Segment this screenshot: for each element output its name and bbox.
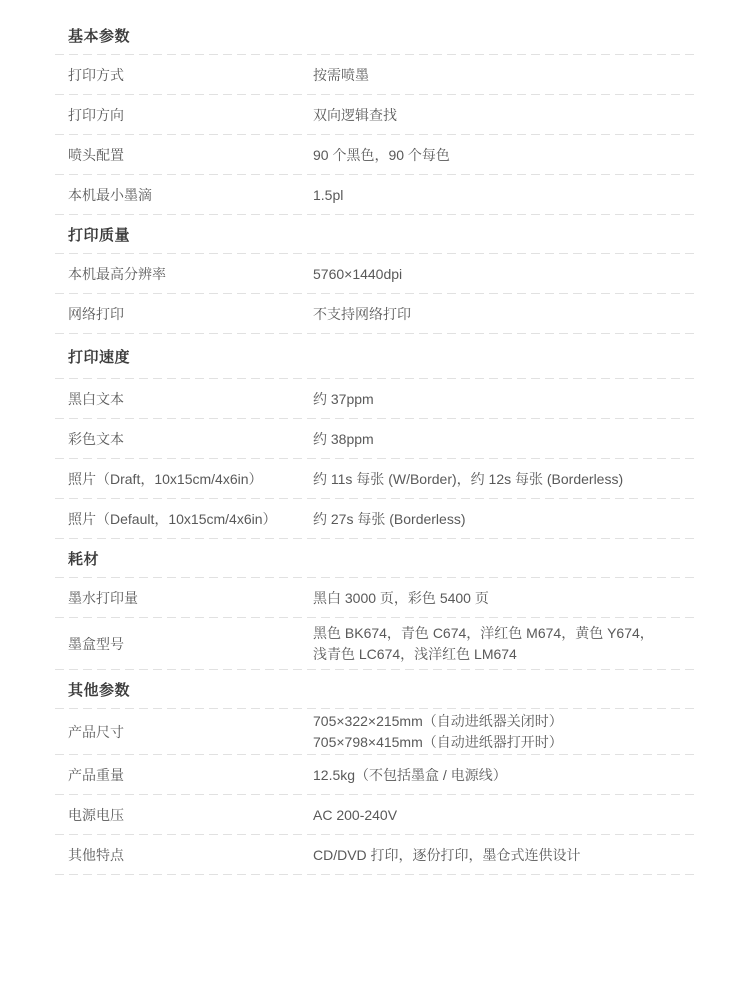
spec-row: 打印方式 按需喷墨 <box>55 55 697 95</box>
spec-section-basic: 基本参数 打印方式 按需喷墨 打印方向 双向逻辑查找 喷头配置 90 个黑色，9… <box>55 16 697 215</box>
spec-row-label: 打印方式 <box>68 65 313 85</box>
spec-row-label: 彩色文本 <box>68 429 313 449</box>
spec-row: 本机最高分辨率 5760×1440dpi <box>55 254 697 294</box>
spec-row-value: 5760×1440dpi <box>313 264 697 285</box>
section-title: 耗材 <box>55 539 697 578</box>
spec-row-value: AC 200-240V <box>313 805 697 826</box>
spec-row: 产品尺寸 705×322×215mm（自动进纸器关闭时） 705×798×415… <box>55 709 697 755</box>
section-title: 其他参数 <box>55 670 697 709</box>
spec-row: 网络打印 不支持网络打印 <box>55 294 697 334</box>
spec-row: 墨水打印量 黑白 3000 页，彩色 5400 页 <box>55 578 697 618</box>
spec-row-label: 其他特点 <box>68 845 313 865</box>
spec-row-label: 产品重量 <box>68 765 313 785</box>
spec-row-value: 约 37ppm <box>313 389 697 410</box>
spec-row: 本机最小墨滴 1.5pl <box>55 175 697 215</box>
spec-row: 黑白文本 约 37ppm <box>55 379 697 419</box>
spec-row-label: 本机最小墨滴 <box>68 185 313 205</box>
spec-row-value: 黑白 3000 页，彩色 5400 页 <box>313 588 697 609</box>
spec-section-consumables: 耗材 墨水打印量 黑白 3000 页，彩色 5400 页 墨盒型号 黑色 BK6… <box>55 539 697 670</box>
spec-section-quality: 打印质量 本机最高分辨率 5760×1440dpi 网络打印 不支持网络打印 <box>55 215 697 334</box>
spec-row-value: CD/DVD 打印，逐份打印，墨仓式连供设计 <box>313 845 697 866</box>
spec-row-label: 墨盒型号 <box>68 634 313 654</box>
spec-row-label: 打印方向 <box>68 105 313 125</box>
spec-row-label: 网络打印 <box>68 304 313 324</box>
spec-row: 产品重量 12.5kg（不包括墨盒 / 电源线） <box>55 755 697 795</box>
spec-row-value: 约 38ppm <box>313 429 697 450</box>
spec-row-value: 约 11s 每张 (W/Border)，约 12s 每张 (Borderless… <box>313 469 697 490</box>
spec-row-value: 黑色 BK674，青色 C674，洋红色 M674，黄色 Y674， 浅青色 L… <box>313 623 697 665</box>
spec-row: 电源电压 AC 200-240V <box>55 795 697 835</box>
spec-section-other: 其他参数 产品尺寸 705×322×215mm（自动进纸器关闭时） 705×79… <box>55 670 697 875</box>
spec-row-label: 电源电压 <box>68 805 313 825</box>
section-title: 打印质量 <box>55 215 697 254</box>
spec-row-label: 本机最高分辨率 <box>68 264 313 284</box>
spec-row: 打印方向 双向逻辑查找 <box>55 95 697 135</box>
spec-row-label: 黑白文本 <box>68 389 313 409</box>
spec-row-value: 不支持网络打印 <box>313 304 697 325</box>
section-title: 基本参数 <box>55 16 697 55</box>
spec-row-value: 约 27s 每张 (Borderless) <box>313 509 697 530</box>
spec-row: 彩色文本 约 38ppm <box>55 419 697 459</box>
spec-row-value: 705×322×215mm（自动进纸器关闭时） 705×798×415mm（自动… <box>313 711 697 753</box>
spec-row-label: 喷头配置 <box>68 145 313 165</box>
spec-row: 其他特点 CD/DVD 打印，逐份打印，墨仓式连供设计 <box>55 835 697 875</box>
spec-row-value: 按需喷墨 <box>313 65 697 86</box>
spec-row-label: 照片（Default，10x15cm/4x6in） <box>68 509 313 529</box>
spec-section-speed: 打印速度 黑白文本 约 37ppm 彩色文本 约 38ppm 照片（Draft，… <box>55 334 697 539</box>
spec-row-value: 90 个黑色，90 个每色 <box>313 145 697 166</box>
spec-row-value: 1.5pl <box>313 185 697 206</box>
spec-row: 照片（Draft，10x15cm/4x6in） 约 11s 每张 (W/Bord… <box>55 459 697 499</box>
spec-row: 墨盒型号 黑色 BK674，青色 C674，洋红色 M674，黄色 Y674， … <box>55 618 697 670</box>
spec-row: 喷头配置 90 个黑色，90 个每色 <box>55 135 697 175</box>
spec-row-label: 墨水打印量 <box>68 588 313 608</box>
spec-row-value: 双向逻辑查找 <box>313 105 697 126</box>
spec-row-value: 12.5kg（不包括墨盒 / 电源线） <box>313 765 697 786</box>
section-title: 打印速度 <box>55 334 697 379</box>
spec-row: 照片（Default，10x15cm/4x6in） 约 27s 每张 (Bord… <box>55 499 697 539</box>
spec-row-label: 照片（Draft，10x15cm/4x6in） <box>68 469 313 489</box>
spec-row-label: 产品尺寸 <box>68 722 313 742</box>
spec-page: 基本参数 打印方式 按需喷墨 打印方向 双向逻辑查找 喷头配置 90 个黑色，9… <box>55 0 697 875</box>
